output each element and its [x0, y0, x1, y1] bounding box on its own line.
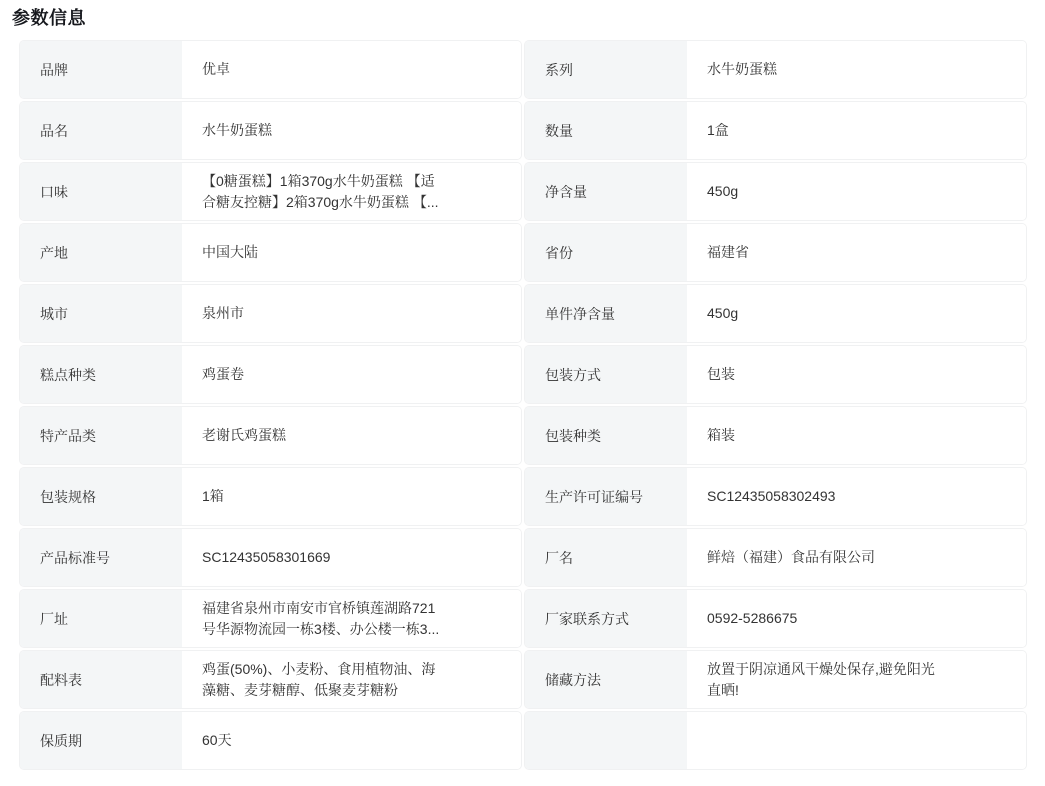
table-row: 产地中国大陆 — [19, 223, 522, 282]
table-row: 特产品类老谢氏鸡蛋糕 — [19, 406, 522, 465]
param-value-text: 水牛奶蛋糕 — [202, 120, 272, 141]
param-value-text: 包装 — [707, 364, 735, 385]
param-label: 包装方式 — [525, 346, 687, 403]
param-label: 生产许可证编号 — [525, 468, 687, 525]
param-label: 糕点种类 — [20, 346, 182, 403]
param-label: 品名 — [20, 102, 182, 159]
param-value: 箱装 — [687, 407, 1026, 464]
param-value: 老谢氏鸡蛋糕 — [182, 407, 521, 464]
table-row: 产品标准号SC12435058301669 — [19, 528, 522, 587]
param-value-text: SC12435058302493 — [707, 486, 835, 507]
param-label: 厂名 — [525, 529, 687, 586]
param-value: 【0糖蛋糕】1箱370g水牛奶蛋糕 【适合糖友控糖】2箱370g水牛奶蛋糕 【.… — [182, 163, 521, 220]
param-value: 放置于阴凉通风干燥处保存,避免阳光直晒! — [687, 651, 1026, 708]
table-row: 口味【0糖蛋糕】1箱370g水牛奶蛋糕 【适合糖友控糖】2箱370g水牛奶蛋糕 … — [19, 162, 522, 221]
param-label: 数量 — [525, 102, 687, 159]
param-value: 鸡蛋卷 — [182, 346, 521, 403]
param-value-text: 老谢氏鸡蛋糕 — [202, 425, 286, 446]
param-value-text: SC12435058301669 — [202, 547, 330, 568]
product-parameters-page: 参数信息 品牌优卓品名水牛奶蛋糕口味【0糖蛋糕】1箱370g水牛奶蛋糕 【适合糖… — [0, 0, 1045, 786]
table-row: 省份福建省 — [524, 223, 1027, 282]
param-label: 特产品类 — [20, 407, 182, 464]
table-row: 系列水牛奶蛋糕 — [524, 40, 1027, 99]
table-row: 糕点种类鸡蛋卷 — [19, 345, 522, 404]
param-value-text: 鸡蛋卷 — [202, 364, 244, 385]
param-label: 口味 — [20, 163, 182, 220]
param-value: 1箱 — [182, 468, 521, 525]
param-value-text: 水牛奶蛋糕 — [707, 59, 777, 80]
param-value — [687, 712, 1026, 769]
param-table-right-column: 系列水牛奶蛋糕数量1盒净含量450g省份福建省单件净含量450g包装方式包装包装… — [524, 40, 1027, 770]
table-row: 厂名鲜焙（福建）食品有限公司 — [524, 528, 1027, 587]
param-table: 品牌优卓品名水牛奶蛋糕口味【0糖蛋糕】1箱370g水牛奶蛋糕 【适合糖友控糖】2… — [19, 40, 1026, 770]
param-value: 鸡蛋(50%)、小麦粉、食用植物油、海藻糖、麦芽糖醇、低聚麦芽糖粉 — [182, 651, 521, 708]
table-row: 品名水牛奶蛋糕 — [19, 101, 522, 160]
param-value: 泉州市 — [182, 285, 521, 342]
param-value: 福建省泉州市南安市官桥镇莲湖路721号华源物流园一栋3楼、办公楼一栋3... — [182, 590, 521, 647]
param-value: SC12435058301669 — [182, 529, 521, 586]
section-title: 参数信息 — [0, 0, 1045, 29]
param-label: 厂家联系方式 — [525, 590, 687, 647]
param-value: 水牛奶蛋糕 — [687, 41, 1026, 98]
param-table-left-column: 品牌优卓品名水牛奶蛋糕口味【0糖蛋糕】1箱370g水牛奶蛋糕 【适合糖友控糖】2… — [19, 40, 522, 770]
table-row: 包装规格1箱 — [19, 467, 522, 526]
param-value: 优卓 — [182, 41, 521, 98]
table-row: 厂家联系方式0592-5286675 — [524, 589, 1027, 648]
param-label: 产地 — [20, 224, 182, 281]
param-value-text: 60天 — [202, 730, 232, 751]
param-value-text: 1盒 — [707, 120, 729, 141]
table-row: 城市泉州市 — [19, 284, 522, 343]
param-value: 福建省 — [687, 224, 1026, 281]
param-value-text: 泉州市 — [202, 303, 244, 324]
param-label: 城市 — [20, 285, 182, 342]
table-row: 包装方式包装 — [524, 345, 1027, 404]
param-value: 450g — [687, 163, 1026, 220]
param-value: 水牛奶蛋糕 — [182, 102, 521, 159]
param-label: 净含量 — [525, 163, 687, 220]
param-value-text: 放置于阴凉通风干燥处保存,避免阳光直晒! — [707, 659, 947, 701]
table-row: 配料表鸡蛋(50%)、小麦粉、食用植物油、海藻糖、麦芽糖醇、低聚麦芽糖粉 — [19, 650, 522, 709]
param-value-text: 鲜焙（福建）食品有限公司 — [707, 547, 875, 568]
param-value: 包装 — [687, 346, 1026, 403]
table-row: 包装种类箱装 — [524, 406, 1027, 465]
table-row: 单件净含量450g — [524, 284, 1027, 343]
param-label — [525, 712, 687, 769]
table-row: 净含量450g — [524, 162, 1027, 221]
param-value: 0592-5286675 — [687, 590, 1026, 647]
param-value-text: 福建省泉州市南安市官桥镇莲湖路721号华源物流园一栋3楼、办公楼一栋3... — [202, 598, 442, 640]
param-label: 保质期 — [20, 712, 182, 769]
table-row: 品牌优卓 — [19, 40, 522, 99]
param-value: 450g — [687, 285, 1026, 342]
table-row: 生产许可证编号SC12435058302493 — [524, 467, 1027, 526]
table-row — [524, 711, 1027, 770]
param-label: 产品标准号 — [20, 529, 182, 586]
table-row: 保质期60天 — [19, 711, 522, 770]
param-value-text: 鸡蛋(50%)、小麦粉、食用植物油、海藻糖、麦芽糖醇、低聚麦芽糖粉 — [202, 659, 442, 701]
param-value-text: 450g — [707, 181, 738, 202]
param-value-text: 1箱 — [202, 486, 224, 507]
param-value: SC12435058302493 — [687, 468, 1026, 525]
param-label: 厂址 — [20, 590, 182, 647]
param-value: 中国大陆 — [182, 224, 521, 281]
param-label: 系列 — [525, 41, 687, 98]
param-label: 包装种类 — [525, 407, 687, 464]
param-label: 配料表 — [20, 651, 182, 708]
param-label: 储藏方法 — [525, 651, 687, 708]
param-value-text: 中国大陆 — [202, 242, 258, 263]
param-value-text: 优卓 — [202, 59, 230, 80]
param-value-text: 【0糖蛋糕】1箱370g水牛奶蛋糕 【适合糖友控糖】2箱370g水牛奶蛋糕 【.… — [202, 171, 442, 213]
param-value: 鲜焙（福建）食品有限公司 — [687, 529, 1026, 586]
param-label: 品牌 — [20, 41, 182, 98]
table-row: 数量1盒 — [524, 101, 1027, 160]
param-label: 单件净含量 — [525, 285, 687, 342]
table-row: 储藏方法放置于阴凉通风干燥处保存,避免阳光直晒! — [524, 650, 1027, 709]
param-value-text: 福建省 — [707, 242, 749, 263]
param-value-text: 0592-5286675 — [707, 608, 797, 629]
param-label: 包装规格 — [20, 468, 182, 525]
param-value: 1盒 — [687, 102, 1026, 159]
param-label: 省份 — [525, 224, 687, 281]
param-value-text: 450g — [707, 303, 738, 324]
table-row: 厂址福建省泉州市南安市官桥镇莲湖路721号华源物流园一栋3楼、办公楼一栋3... — [19, 589, 522, 648]
param-value-text: 箱装 — [707, 425, 735, 446]
param-value: 60天 — [182, 712, 521, 769]
